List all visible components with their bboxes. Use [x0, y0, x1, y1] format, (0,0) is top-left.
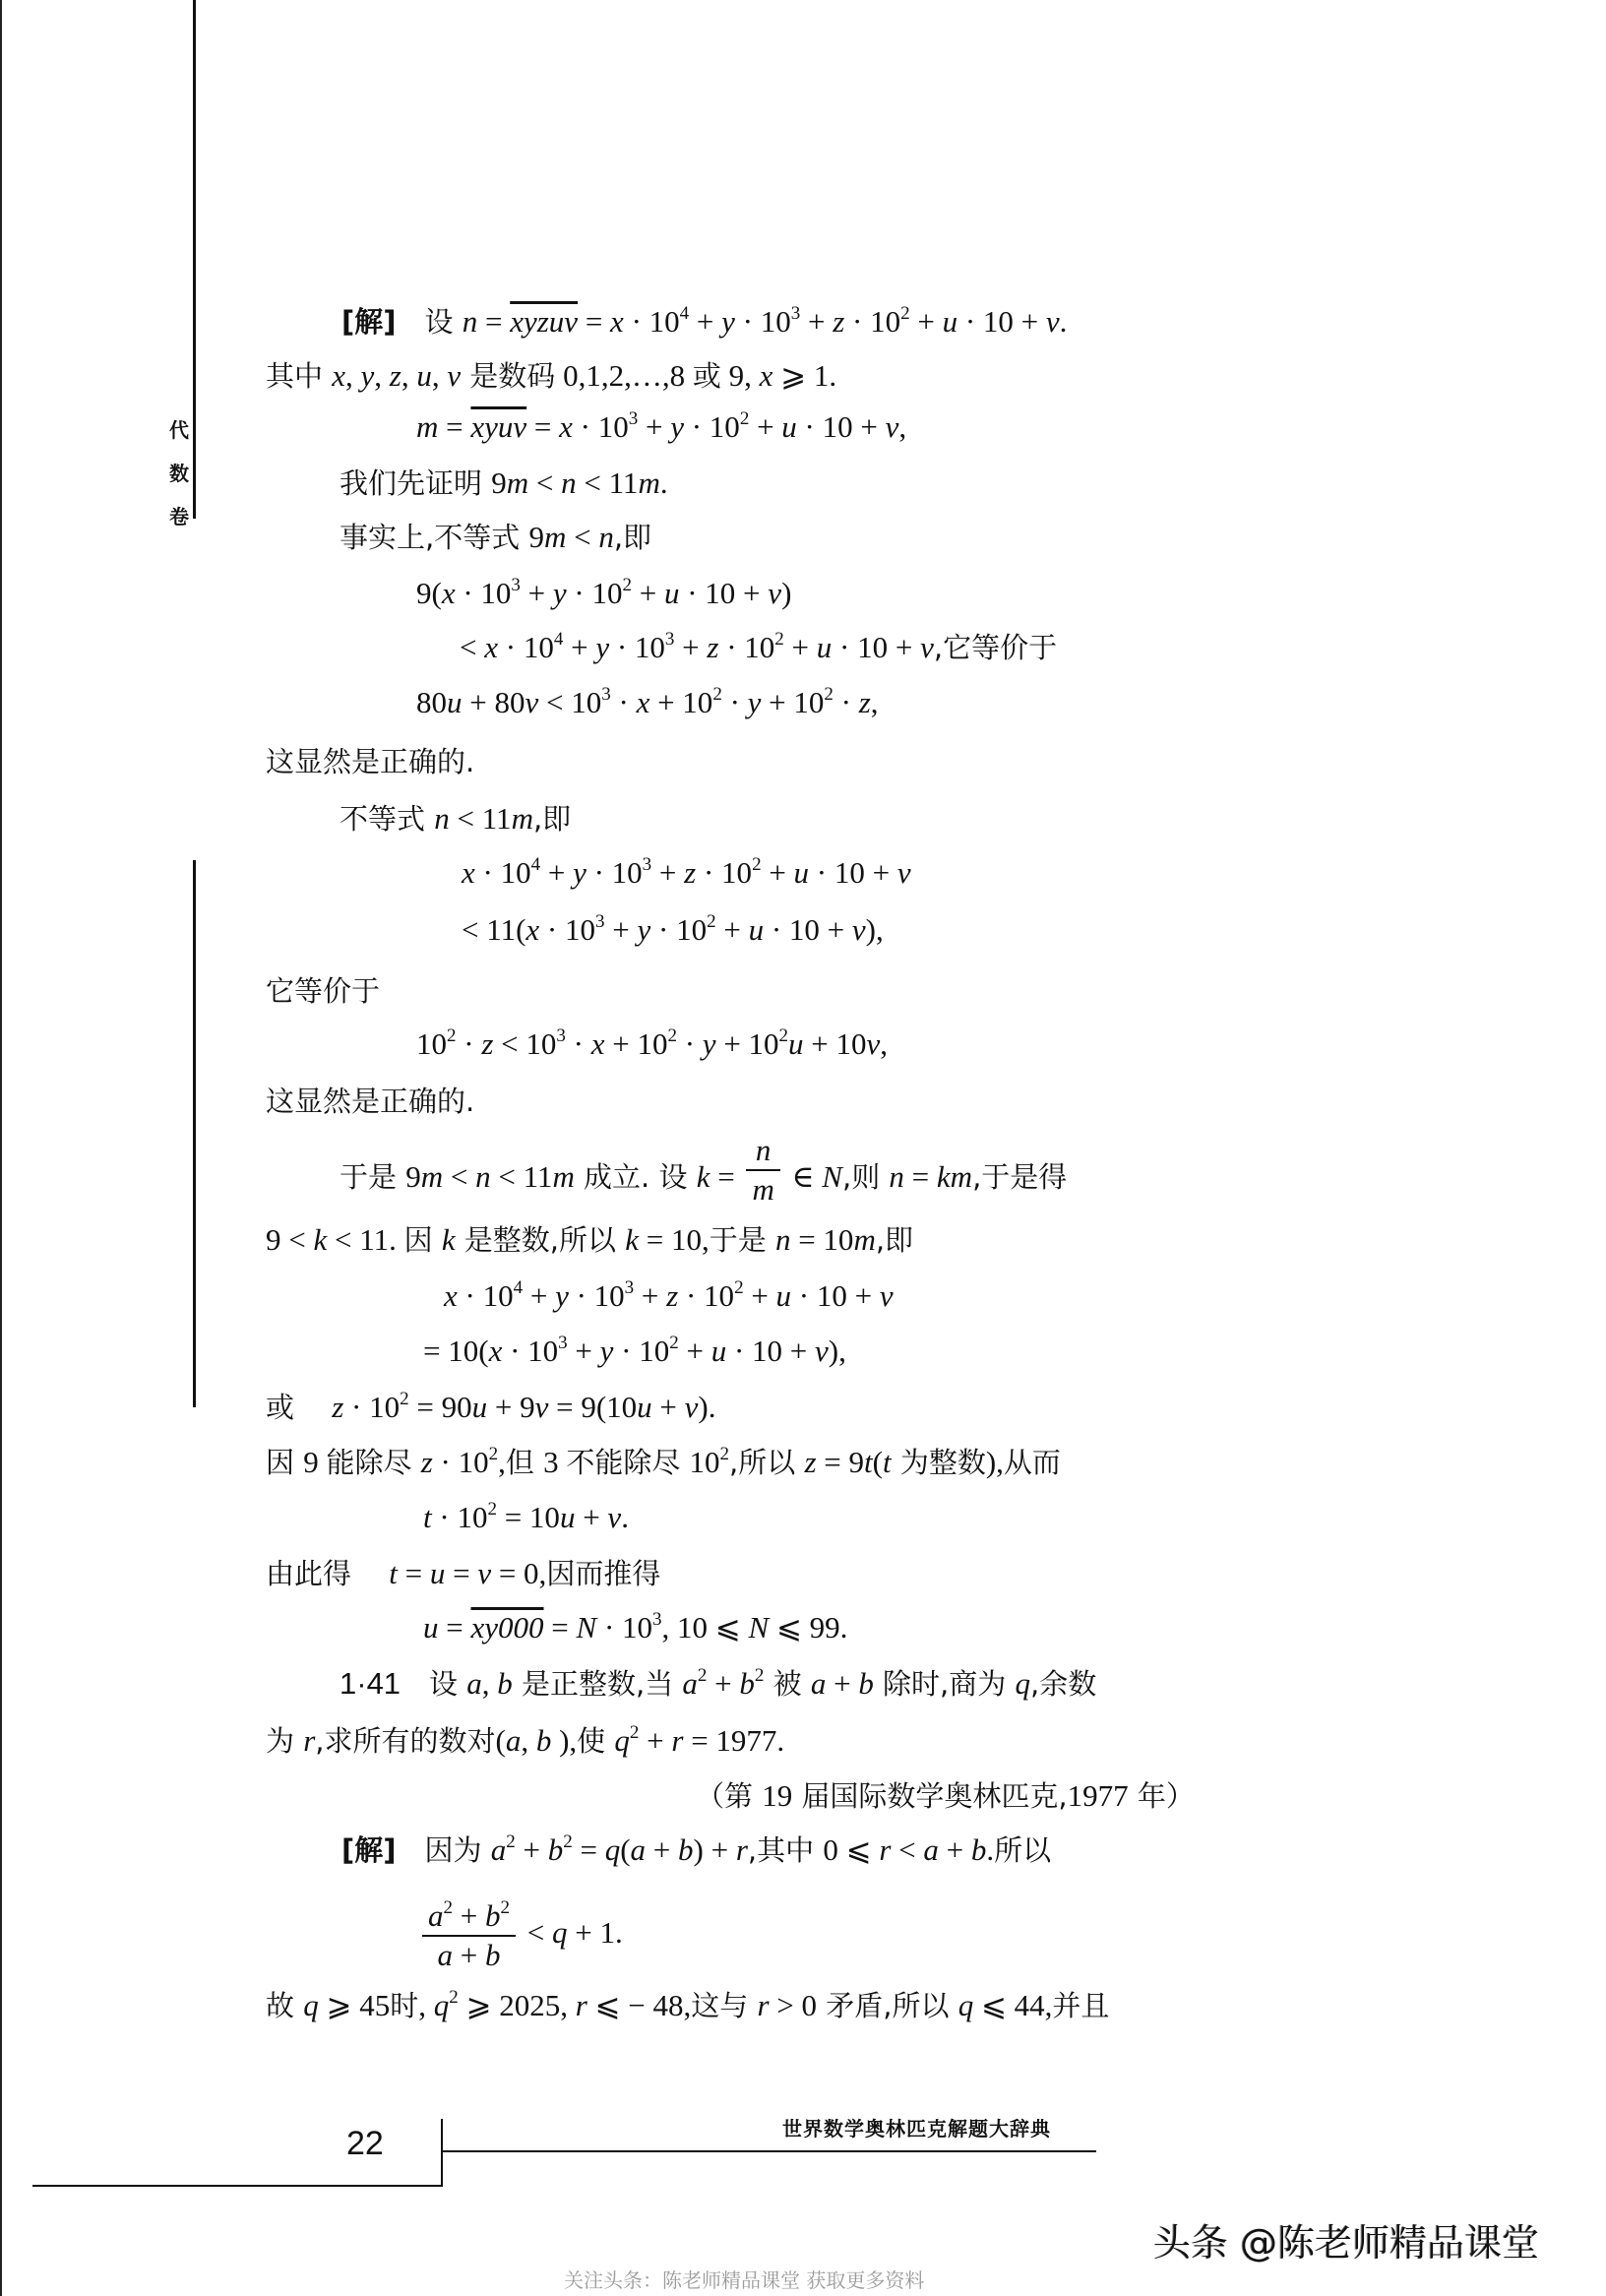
text-line: 由此得 t = u = v = 0,因而推得 — [266, 1554, 660, 1593]
text-segment: = — [544, 1610, 577, 1644]
text-segment: · — [722, 685, 748, 719]
math-variable: y — [553, 576, 567, 610]
math-variable: x — [462, 855, 475, 890]
math-variable: x — [559, 409, 573, 444]
math-variable: z — [833, 304, 844, 339]
math-variable: b — [485, 1898, 501, 1933]
text-line: [解] 设 n = xyzuv = x · 104 + y · 103 + z … — [341, 302, 1067, 341]
text-segment: 9 — [303, 1445, 326, 1479]
math-exponent: 3 — [665, 629, 675, 650]
text-segment: · 10 — [696, 855, 752, 890]
math-variable: v — [880, 1278, 894, 1313]
text-segment: = — [445, 1556, 477, 1590]
text-segment: 使 — [577, 1724, 614, 1758]
math-variable: k — [313, 1222, 327, 1257]
text-segment: = 10 — [790, 1222, 853, 1257]
math-variable: y — [360, 358, 374, 393]
math-variable: z — [481, 1026, 493, 1061]
text-segment: 被 — [764, 1667, 810, 1701]
text-segment: < — [891, 1832, 923, 1867]
math-exponent: 2 — [712, 684, 722, 705]
math-variable: b — [858, 1666, 874, 1701]
text-line: u = xy000 = N · 103, 10 ⩽ N ⩽ 99. — [423, 1608, 847, 1647]
text-segment: , — [432, 358, 448, 393]
math-variable: m — [544, 520, 566, 554]
math-variable: r — [879, 1832, 891, 1867]
text-segment: + — [639, 1723, 671, 1758]
math-variable: z — [684, 855, 696, 890]
text-segment: ⩾ 2025, — [459, 1988, 576, 2022]
math-variable: x — [489, 1334, 503, 1368]
math-variable: v — [607, 1500, 621, 1534]
text-segment: 但 — [506, 1446, 543, 1479]
math-exponent: 2 — [824, 684, 834, 705]
text-segment: + — [605, 912, 638, 947]
math-exponent: 2 — [400, 1389, 409, 1409]
math-variable: v — [886, 409, 899, 444]
text-segment: + — [679, 1334, 711, 1368]
text-segment: · 10 + — [957, 304, 1046, 339]
text-segment: 届国际数学奥林匹克, — [792, 1779, 1067, 1813]
text-segment: · 10 — [343, 1390, 400, 1424]
text-segment: · 10 — [569, 1278, 625, 1313]
text-segment: · 10 + — [791, 1278, 880, 1313]
text-segment: ). — [698, 1390, 715, 1424]
math-variable: r — [303, 1723, 315, 1758]
text-segment: 3 — [543, 1445, 566, 1479]
text-segment: · 10 — [567, 576, 623, 610]
section-label-algebra-volume: 代 数 卷 — [168, 408, 190, 538]
math-exponent: 2 — [740, 408, 750, 429]
math-variable: y — [721, 304, 735, 339]
text-segment: + — [652, 1390, 685, 1424]
text-segment: · 10 — [432, 1500, 488, 1534]
math-variable: b — [548, 1832, 564, 1867]
text-segment: · 10 — [609, 630, 665, 664]
text-segment: · 10 — [650, 912, 707, 947]
text-line: 它等价于 — [266, 971, 380, 1011]
text-segment: + — [568, 1334, 600, 1368]
text-line: 1·41 设 a, b 是正整数,当 a2 + b2 被 a + b 除时,商为… — [340, 1664, 1096, 1704]
text-segment: · 10 + — [726, 1334, 815, 1368]
text-line: 因 9 能除尽 z · 102,但 3 不能除尽 102,所以 z = 9t(t… — [266, 1443, 1061, 1482]
text-segment: 1·41 — [340, 1666, 401, 1701]
text-segment: + — [707, 1666, 739, 1701]
text-segment: · 10 — [573, 409, 629, 444]
text-segment: 或 — [266, 1391, 332, 1424]
math-exponent: 2 — [755, 1665, 765, 1686]
math-overline-number: xy000 — [470, 1610, 543, 1644]
text-line: 或 z · 102 = 90u + 9v = 9(10u + v). — [266, 1388, 716, 1427]
text-segment: · 10 + — [797, 409, 886, 444]
math-variable: x — [591, 1026, 605, 1061]
math-variable: u — [664, 576, 680, 610]
math-variable: x — [610, 304, 624, 339]
text-segment: , — [345, 358, 361, 393]
text-segment: ,求所有的数对 — [315, 1724, 495, 1758]
text-segment: , 10 ⩽ — [662, 1610, 749, 1644]
text-segment: ∈ — [784, 1159, 822, 1194]
text-segment: · 10 — [718, 630, 774, 664]
text-segment: < 11( — [462, 912, 525, 947]
math-variable: t — [389, 1556, 398, 1590]
math-variable: u — [781, 409, 797, 444]
text-segment: 不等式 — [340, 802, 434, 836]
math-variable: u — [430, 1556, 446, 1590]
text-segment: 为 — [266, 1724, 303, 1758]
math-variable: z — [666, 1278, 678, 1313]
math-variable: q — [552, 1915, 568, 1950]
text-segment: ⩾ 1. — [772, 358, 836, 393]
math-variable: u — [423, 1610, 439, 1644]
math-exponent: 3 — [511, 575, 521, 595]
text-segment: , — [521, 1723, 536, 1758]
math-exponent: 2 — [623, 575, 633, 595]
text-segment: 19 — [762, 1778, 792, 1813]
text-line: 不等式 n < 11m,即 — [340, 799, 571, 838]
math-variable: km — [937, 1159, 972, 1194]
text-segment: · — [457, 1026, 482, 1061]
math-variable: q — [605, 1832, 621, 1867]
text-segment: + — [575, 1500, 607, 1534]
text-segment: 设 — [397, 305, 463, 339]
text-segment: , — [418, 1988, 434, 2022]
text-line: （第 19 届国际数学奥林匹克,1977 年） — [696, 1776, 1195, 1816]
text-segment: 我们先证明 — [340, 466, 491, 500]
text-segment: · 10 + — [679, 576, 768, 610]
math-exponent: 2 — [563, 1831, 573, 1852]
text-segment: + 9 — [487, 1390, 534, 1424]
math-variable: u — [788, 1026, 804, 1061]
text-segment: 因而推得 — [546, 1557, 660, 1590]
text-segment: + — [800, 304, 833, 339]
text-segment: + 10 — [649, 685, 712, 719]
text-segment: = 9 — [817, 1445, 864, 1479]
math-variable: v — [477, 1556, 491, 1590]
margin-rule-middle — [193, 860, 196, 1407]
text-segment: = — [578, 304, 610, 339]
math-variable: t — [883, 1445, 892, 1479]
math-exponent: 2 — [487, 1499, 497, 1520]
text-segment: < 11. — [327, 1222, 403, 1257]
text-segment: · 10 — [498, 630, 554, 664]
text-segment: · 10 — [613, 1334, 669, 1368]
math-exponent: 3 — [629, 408, 639, 429]
text-segment: 是整数,所以 — [456, 1223, 626, 1257]
text-segment: ⩾ 45 — [319, 1988, 390, 2022]
text-segment: + — [563, 630, 595, 664]
math-variable: b — [536, 1723, 552, 1758]
math-exponent: 2 — [447, 1025, 457, 1046]
text-line: 这显然是正确的. — [266, 742, 474, 781]
math-exponent: 2 — [720, 1444, 730, 1464]
math-exponent: 2 — [707, 911, 716, 932]
text-line: x · 104 + y · 103 + z · 102 + u · 10 + v — [444, 1276, 894, 1316]
math-exponent: 2 — [449, 1987, 459, 2008]
text-segment: 其中 — [266, 359, 332, 393]
text-segment: 10 — [416, 1026, 447, 1061]
math-variable: y — [555, 1278, 569, 1313]
math-variable: q — [303, 1988, 319, 2022]
text-segment: · — [677, 1026, 703, 1061]
math-variable: z — [707, 630, 718, 664]
math-variable: y — [670, 409, 684, 444]
text-segment: · 10 — [475, 855, 531, 890]
text-segment: 于是 — [710, 1223, 775, 1257]
text-line: = 10(x · 103 + y · 102 + u · 10 + v), — [423, 1332, 846, 1371]
math-variable: n — [434, 801, 450, 836]
text-segment: 这显然是正确的. — [266, 1085, 474, 1118]
text-segment: + — [910, 304, 943, 339]
text-segment: · — [566, 1026, 591, 1061]
text-segment: + — [634, 1278, 666, 1313]
math-exponent: 2 — [752, 854, 762, 875]
math-exponent: 2 — [667, 1025, 677, 1046]
text-segment: 是正整数,当 — [513, 1667, 683, 1701]
text-segment: · 10 — [587, 855, 643, 890]
text-segment: （第 — [696, 1779, 762, 1813]
text-segment: + — [516, 1832, 548, 1867]
math-exponent: 3 — [625, 1277, 635, 1298]
text-segment: · 10 — [502, 1334, 558, 1368]
text-segment: 这与 — [691, 1989, 757, 2022]
text-segment: 它等价于 — [266, 974, 380, 1008]
text-segment: < — [443, 1159, 475, 1194]
text-segment: + — [689, 304, 721, 339]
text-line: 9(x · 103 + y · 102 + u · 10 + v) — [416, 574, 791, 613]
text-segment: 能除尽 — [326, 1446, 420, 1479]
math-variable: u — [637, 1390, 652, 1424]
math-variable: u — [472, 1390, 488, 1424]
math-variable: a — [438, 1938, 454, 1972]
math-variable: y — [748, 685, 762, 719]
page-number: 22 — [346, 2126, 384, 2161]
text-segment: . — [986, 1832, 994, 1867]
text-segment: · 10 — [678, 1278, 734, 1313]
text-segment: [解] — [341, 1833, 397, 1867]
text-line: 9 < k < 11. 因 k 是整数,所以 k = 10,于是 n = 10m… — [266, 1220, 913, 1260]
text-segment: . — [660, 465, 668, 500]
text-line: x · 104 + y · 103 + z · 102 + u · 10 + v — [462, 853, 911, 893]
math-variable: a — [682, 1666, 698, 1701]
text-segment: < — [460, 630, 484, 664]
text-segment: · 10 — [539, 912, 595, 947]
math-variable: b — [497, 1666, 513, 1701]
math-variable: q — [958, 1988, 974, 2022]
math-variable: v — [1046, 304, 1060, 339]
text-segment: 9 — [491, 465, 507, 500]
text-segment: ,于是得 — [972, 1160, 1067, 1194]
text-segment: + — [674, 630, 707, 664]
text-segment: + — [826, 1666, 858, 1701]
text-segment: ,则 — [842, 1160, 889, 1194]
math-exponent: 2 — [506, 1831, 516, 1852]
inequality-line: a2 + b2a + b < q + 1. — [418, 1897, 623, 1980]
text-segment: , — [498, 1445, 506, 1479]
text-segment: · 10 — [433, 1445, 489, 1479]
math-variable: y — [637, 912, 650, 947]
math-variable: v — [768, 576, 781, 610]
text-segment: + — [749, 409, 781, 444]
text-segment: ) + — [694, 1832, 736, 1867]
math-variable: N — [749, 1610, 770, 1644]
text-segment: · 10 + — [832, 630, 920, 664]
text-segment: · 10 — [456, 576, 512, 610]
text-segment: + 10 — [604, 1026, 667, 1061]
math-variable: t — [864, 1445, 873, 1479]
math-variable: n — [598, 520, 614, 554]
math-exponent: 3 — [556, 1025, 566, 1046]
math-variable: q — [614, 1723, 630, 1758]
text-segment: + — [939, 1832, 971, 1867]
math-variable: x — [760, 358, 773, 393]
text-segment: < 10 — [538, 685, 601, 719]
text-segment: + 80 — [463, 685, 525, 719]
math-variable: k — [442, 1222, 456, 1257]
math-variable: m — [507, 465, 528, 500]
footer-rule-right — [443, 2150, 1096, 2152]
text-segment: 这显然是正确的. — [266, 745, 474, 778]
text-segment: · 10 — [684, 409, 740, 444]
text-segment: ,它等价于 — [934, 631, 1057, 664]
text-segment: = 10, — [639, 1222, 710, 1257]
section-label-char: 代 — [168, 408, 190, 452]
text-segment: 成立. 设 — [575, 1160, 697, 1194]
text-segment: ) — [781, 576, 791, 610]
text-segment: 事实上,不等式 — [340, 521, 528, 554]
text-segment: 1977 — [1068, 1778, 1129, 1813]
text-segment: + 10 — [761, 685, 824, 719]
text-segment: , — [880, 1026, 888, 1061]
watermark: 头条 @陈老师精品课堂 — [1153, 2220, 1539, 2265]
math-exponent: 3 — [601, 684, 611, 705]
text-segment: 10 — [690, 1445, 720, 1479]
text-segment: · 10 — [596, 1610, 652, 1644]
math-variable: x — [444, 1278, 458, 1313]
text-segment: 除时,商为 — [874, 1667, 1016, 1701]
text-segment: + — [651, 855, 684, 890]
text-segment: + 10 — [804, 1026, 867, 1061]
text-segment: 9( — [416, 576, 442, 610]
text-segment: 9 — [528, 520, 544, 554]
math-variable: u — [447, 685, 463, 719]
text-segment: 80 — [416, 685, 447, 719]
math-variable: n — [889, 1159, 904, 1194]
math-variable: m — [421, 1159, 443, 1194]
text-segment: < 10 — [493, 1026, 556, 1061]
math-variable: u — [776, 1278, 792, 1313]
text-segment: 不能除尽 — [566, 1446, 689, 1479]
math-exponent: 2 — [779, 1025, 789, 1046]
math-variable: z — [390, 358, 401, 393]
text-segment: < 11 — [577, 465, 639, 500]
math-variable: u — [416, 358, 432, 393]
text-segment: 设 — [401, 1667, 466, 1701]
book-title: 世界数学奥林匹克解题大辞典 — [782, 2117, 1051, 2141]
math-variable: v — [867, 1026, 881, 1061]
text-segment: , — [482, 1666, 498, 1701]
text-segment: = — [526, 409, 559, 444]
fraction-sum-squares-over-sum: a2 + b2a + b — [422, 1897, 516, 1974]
text-segment: + — [521, 576, 553, 610]
math-variable: u — [560, 1500, 576, 1534]
text-segment: · — [834, 685, 859, 719]
math-variable: b — [678, 1832, 694, 1867]
math-overline-number: xyuv — [470, 409, 526, 444]
math-exponent: 2 — [489, 1444, 499, 1464]
text-segment: 因 — [404, 1223, 442, 1257]
math-exponent: 3 — [558, 1333, 568, 1353]
math-variable: b — [485, 1938, 501, 1972]
math-variable: n — [775, 1222, 791, 1257]
text-segment: . — [1060, 304, 1068, 339]
text-segment: < — [520, 1915, 552, 1950]
math-variable: v — [815, 1334, 829, 1368]
text-segment: · 10 — [735, 304, 791, 339]
math-variable: m — [638, 465, 659, 500]
math-variable: q — [1015, 1666, 1030, 1701]
math-exponent: 4 — [514, 1277, 524, 1298]
text-segment: = — [477, 304, 510, 339]
text-segment: ( — [620, 1832, 630, 1867]
math-variable: z — [804, 1445, 816, 1479]
text-segment: 于是 — [340, 1160, 405, 1194]
text-segment: = 0, — [491, 1556, 546, 1590]
text-segment: + — [784, 630, 817, 664]
text-segment: ( — [496, 1723, 506, 1758]
text-segment: 9 < — [266, 1222, 313, 1257]
math-variable: u — [794, 855, 810, 890]
text-segment: 并且 — [1052, 1989, 1109, 2022]
text-segment: ,其中 — [748, 1833, 823, 1867]
math-exponent: 2 — [774, 629, 784, 650]
math-variable: u — [749, 912, 765, 947]
text-segment: + — [632, 576, 664, 610]
text-line: 80u + 80v < 103 · x + 102 · y + 102 · z, — [416, 683, 879, 722]
math-variable: N — [822, 1159, 842, 1194]
text-segment: = 1977. — [683, 1723, 784, 1758]
math-variable: t — [423, 1500, 432, 1534]
text-line: < x · 104 + y · 103 + z · 102 + u · 10 +… — [460, 628, 1057, 667]
margin-rule-top — [193, 0, 196, 519]
text-segment: + — [523, 1278, 555, 1313]
math-variable: y — [703, 1026, 716, 1061]
math-exponent: 2 — [900, 303, 910, 324]
text-segment: = 9(10 — [548, 1390, 637, 1424]
text-segment: + — [716, 912, 749, 947]
text-segment: ,即 — [876, 1223, 913, 1257]
text-line: 102 · z < 103 · x + 102 · y + 102u + 10v… — [416, 1024, 888, 1064]
math-variable: y — [573, 855, 587, 890]
math-variable: k — [625, 1222, 639, 1257]
math-variable: v — [852, 912, 866, 947]
math-exponent: 2 — [444, 1897, 454, 1918]
text-segment: + — [638, 409, 670, 444]
text-line: [解] 因为 a2 + b2 = q(a + b) + r,其中 0 ⩽ r <… — [341, 1831, 1051, 1870]
math-variable: x — [525, 912, 539, 947]
math-variable: v — [535, 1390, 549, 1424]
text-segment: ), — [551, 1723, 577, 1758]
text-segment: ⩽ 44, — [973, 1988, 1052, 2022]
text-segment: 因为 — [397, 1833, 491, 1867]
text-line: 这显然是正确的. — [266, 1082, 474, 1121]
text-segment: ,余数 — [1030, 1667, 1096, 1701]
math-exponent: 4 — [554, 629, 564, 650]
text-segment: ), — [986, 1445, 1004, 1479]
math-variable: y — [600, 1334, 614, 1368]
math-variable: u — [817, 630, 833, 664]
math-variable: z — [859, 685, 871, 719]
